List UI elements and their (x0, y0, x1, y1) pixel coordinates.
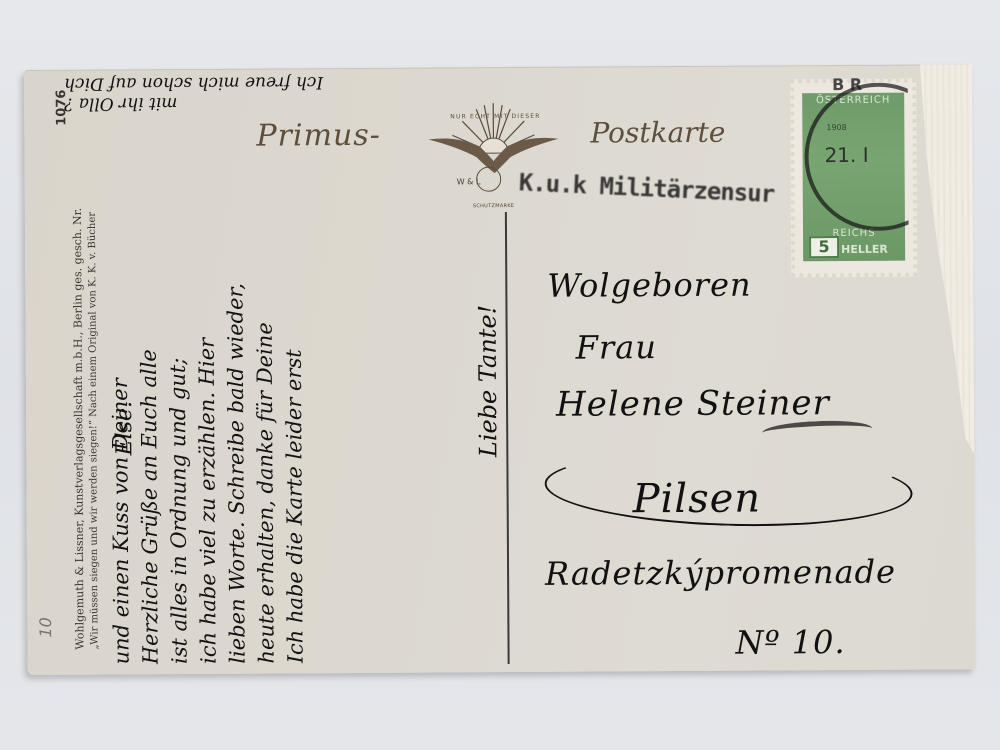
message-signature: Else. (112, 401, 137, 456)
message-line: ist alles in Ordnung und gut; (162, 134, 194, 664)
message-line: ich habe viel zu erzählen. Hier (191, 134, 223, 664)
address-number: Nº 10. (735, 623, 845, 662)
stamp-unit: HELLER (841, 243, 888, 256)
card-title: Postkarte (590, 116, 725, 150)
divider-line (505, 212, 509, 664)
address-salutation: Wolgeboren (547, 266, 751, 305)
postcard: mit ihr Olla ? Ich freue mich schon auf … (24, 64, 976, 675)
postmark-letters: B R (832, 75, 862, 94)
trademark-letters: W & L (457, 177, 481, 186)
trademark-label: SCHUTZMARKE (473, 203, 515, 209)
message-line: und einen Kuss von Deiner (104, 134, 136, 664)
postmark-date: 21. I (824, 143, 868, 167)
address-city: Pilsen (632, 476, 761, 523)
censor-stamp: K.u.k Militärzensur (518, 168, 775, 208)
pencil-note: 10 (36, 617, 55, 637)
stamp-value: 5 (809, 236, 839, 258)
message-line: lieben Worte. Schreibe bald wieder, (220, 134, 252, 664)
upside-down-message: mit ihr Olla ? Ich freue mich schon auf … (64, 71, 464, 113)
message-line: heute erhalten, danke für Deine (249, 133, 281, 663)
message-line: Ich habe die Karte leider erst (278, 133, 310, 663)
address-street: Radetzkýpromenade (545, 553, 896, 593)
address-title: Frau (576, 328, 657, 366)
torn-corner (914, 64, 974, 454)
message-body: und einen Kuss von Deiner Herzliche Grüß… (104, 133, 310, 664)
message-line: Herzliche Grüße an Euch alle (133, 134, 165, 664)
upside-line: mit ihr Olla ? (64, 91, 464, 113)
motto-line: „Wir müssen siegen und wir werden siegen… (87, 212, 101, 650)
publisher-line: Wohlgemuth & Lissner, Kunstverlagsgesell… (71, 208, 87, 650)
series-number: 1076 (54, 90, 69, 126)
address-name: Helene Steiner (556, 383, 830, 425)
message-greeting: Liebe Tante! (473, 305, 502, 458)
upside-line: Ich freue mich schon auf Dich (64, 71, 464, 93)
